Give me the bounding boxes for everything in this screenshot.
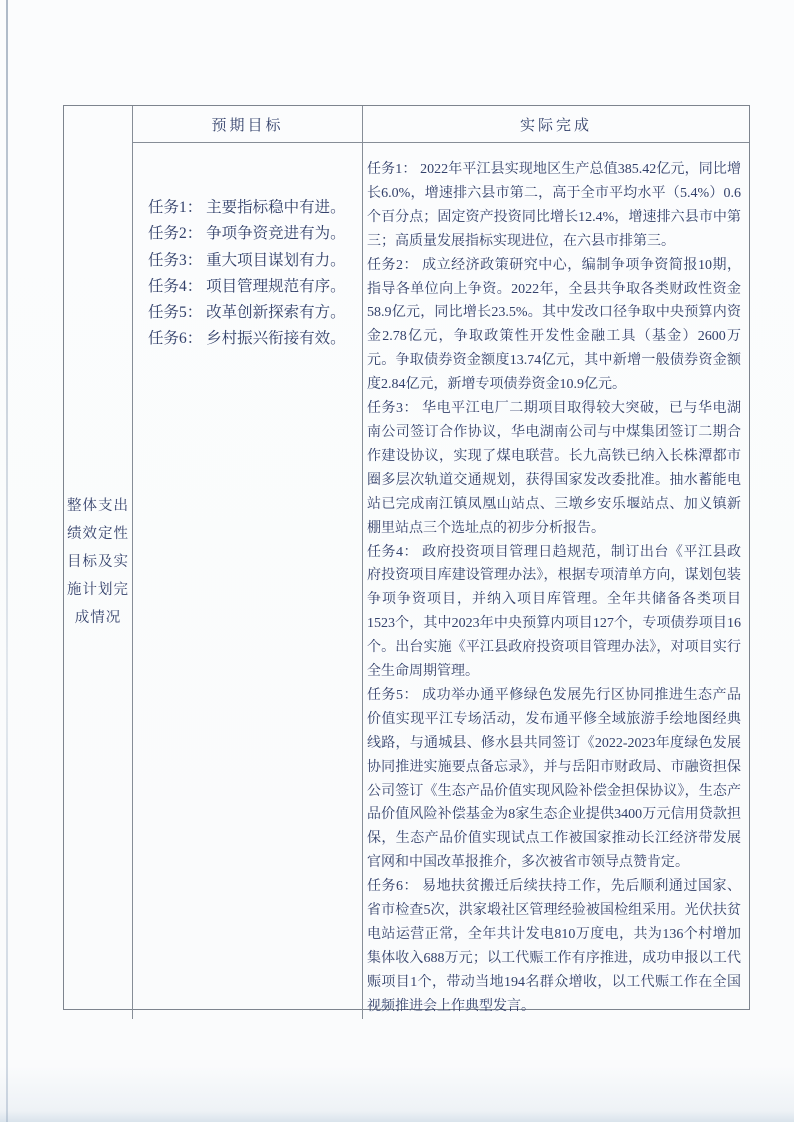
row-header-line: 整体支出 bbox=[67, 492, 129, 520]
row-header-line: 施计划完 bbox=[67, 576, 129, 604]
scan-edge-artifact bbox=[6, 0, 8, 1122]
actual-completion-cell: 任务1： 2022年平江县实现地区生产总值385.42亿元，同比增长6.0%，增… bbox=[363, 143, 749, 1019]
row-header-text: 整体支出 绩效定性 目标及实 施计划完 成情况 bbox=[67, 492, 129, 632]
actual-completion-header: 实际完成 bbox=[363, 106, 749, 143]
expected-task-item: 任务2： 争项争资竞进有为。 bbox=[148, 221, 352, 247]
actual-task-paragraph: 任务4： 政府投资项目管理日趋规范，制订出台《平江县政府投资项目库建设管理办法》… bbox=[367, 541, 741, 684]
actual-task-paragraph: 任务1： 2022年平江县实现地区生产总值385.42亿元，同比增长6.0%，增… bbox=[367, 158, 741, 254]
expected-task-item: 任务1： 主要指标稳中有进。 bbox=[148, 195, 352, 221]
row-header-line: 成情况 bbox=[67, 604, 129, 632]
actual-task-paragraph: 任务6： 易地扶贫搬迁后续扶持工作，先后顺利通过国家、省市检查5次，洪家塅社区管… bbox=[367, 875, 741, 1018]
row-header-cell: 整体支出 绩效定性 目标及实 施计划完 成情况 bbox=[64, 106, 133, 1019]
expected-task-item: 任务3： 重大项目谋划有力。 bbox=[148, 248, 352, 274]
expected-task-item: 任务4： 项目管理规范有序。 bbox=[148, 274, 352, 300]
row-header-line: 目标及实 bbox=[67, 548, 129, 576]
expected-goals-header: 预期目标 bbox=[133, 106, 363, 143]
actual-task-paragraph: 任务2： 成立经济政策研究中心，编制争项争资简报10期，指导各单位向上争资。20… bbox=[367, 254, 741, 397]
actual-task-paragraph: 任务5： 成功举办通平修绿色发展先行区协同推进生态产品价值实现平江专场活动，发布… bbox=[367, 684, 741, 875]
scanned-page: 整体支出 绩效定性 目标及实 施计划完 成情况 预期目标 实际完成 任务1： 主… bbox=[0, 0, 794, 1122]
expected-task-item: 任务5： 改革创新探索有方。 bbox=[148, 300, 352, 326]
row-header-line: 绩效定性 bbox=[67, 520, 129, 548]
actual-task-paragraph: 任务3： 华电平江电厂二期项目取得较大突破，已与华电湖南公司签订合作协议，华电湖… bbox=[367, 397, 741, 540]
expected-goals-cell: 任务1： 主要指标稳中有进。 任务2： 争项争资竞进有为。 任务3： 重大项目谋… bbox=[133, 143, 363, 1019]
performance-table: 整体支出 绩效定性 目标及实 施计划完 成情况 预期目标 实际完成 任务1： 主… bbox=[63, 105, 750, 1010]
expected-task-item: 任务6： 乡村振兴衔接有效。 bbox=[148, 326, 352, 352]
